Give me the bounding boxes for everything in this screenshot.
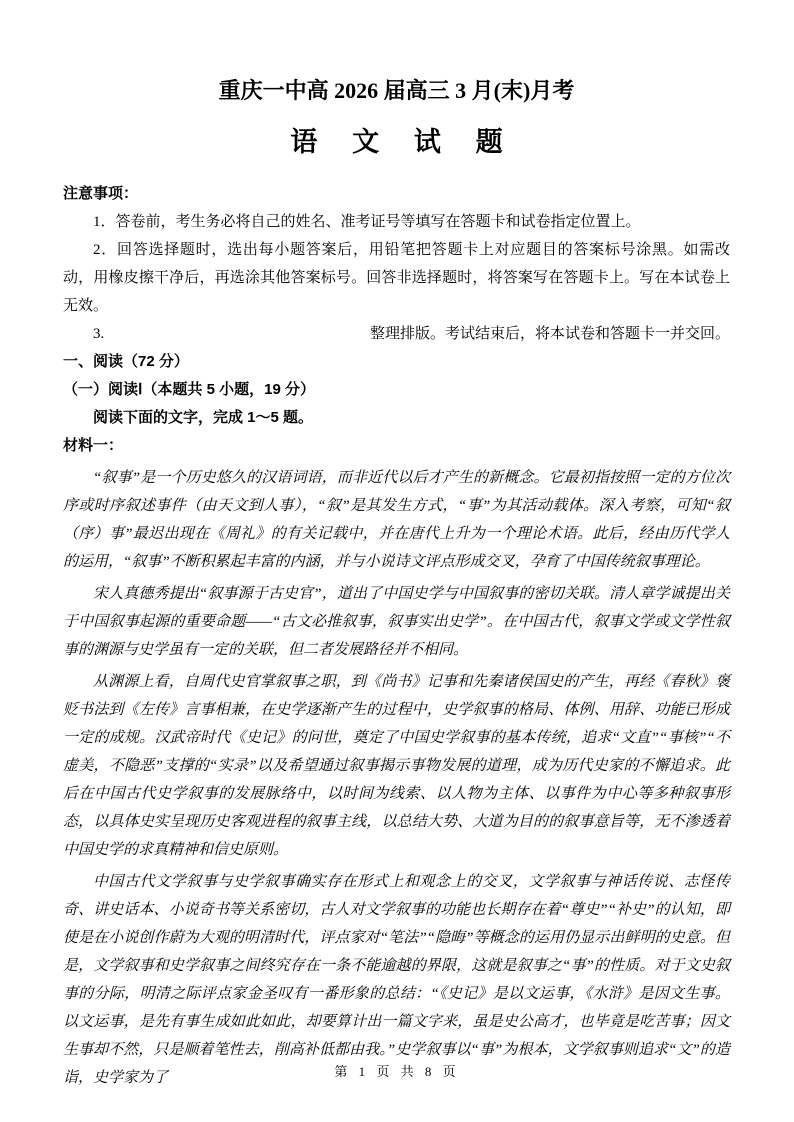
- notice-section: 注意事项： 1．答卷前，考生务必将自己的姓名、准考证号等填写在答题卡和试卷指定位…: [63, 180, 730, 348]
- reading-instruction: 阅读下面的文字，完成 1～5 题。: [63, 404, 730, 432]
- material-one-paragraph-1: “叙事”是一个历史悠久的汉语词语，而非近代以后才产生的新概念。它最初指按照一定的…: [63, 464, 730, 576]
- notice-item-2: 2．回答选择题时，选出每小题答案后，用铅笔把答题卡上对应题目的答案标号涂黑。如需…: [63, 236, 730, 320]
- exam-paper-page: 重庆一中高 2026 届高三 3 月(末)月考 语 文 试 题 注意事项： 1．…: [0, 0, 794, 1122]
- material-one-paragraph-4: 中国古代文学叙事与史学叙事确实存在形式上和观念上的交叉，文学叙事与神话传说、志怪…: [63, 868, 730, 1092]
- notice-heading: 注意事项：: [63, 180, 730, 208]
- material-one-label: 材料一：: [63, 432, 730, 460]
- section-heading-reading1: （一）阅读Ⅰ（本题共 5 小题，19 分）: [63, 376, 730, 404]
- page-subtitle: 语 文 试 题: [63, 126, 730, 158]
- section-heading-part1: 一、阅读（72 分）: [63, 348, 730, 376]
- reading-section: 一、阅读（72 分） （一）阅读Ⅰ（本题共 5 小题，19 分） 阅读下面的文字…: [63, 348, 730, 1092]
- notice-item-3: 3. 整理排版。考试结束后，将本试卷和答题卡一并交回。: [63, 320, 730, 348]
- material-one-paragraph-2: 宋人真德秀提出“叙事源于古史官”，道出了中国史学与中国叙事的密切关联。清人章学诚…: [63, 580, 730, 664]
- notice-item-3-number: 3.: [93, 320, 104, 348]
- notice-item-1: 1．答卷前，考生务必将自己的姓名、准考证号等填写在答题卡和试卷指定位置上。: [63, 208, 730, 236]
- page-footer: 第 1 页 共 8 页: [0, 1061, 794, 1080]
- material-one-paragraph-3: 从渊源上看，自周代史官掌叙事之职，到《尚书》记事和先秦诸侯国史的产生，再经《春秋…: [63, 668, 730, 864]
- notice-item-3-text: 整理排版。考试结束后，将本试卷和答题卡一并交回。: [370, 320, 730, 348]
- page-title: 重庆一中高 2026 届高三 3 月(末)月考: [63, 76, 730, 106]
